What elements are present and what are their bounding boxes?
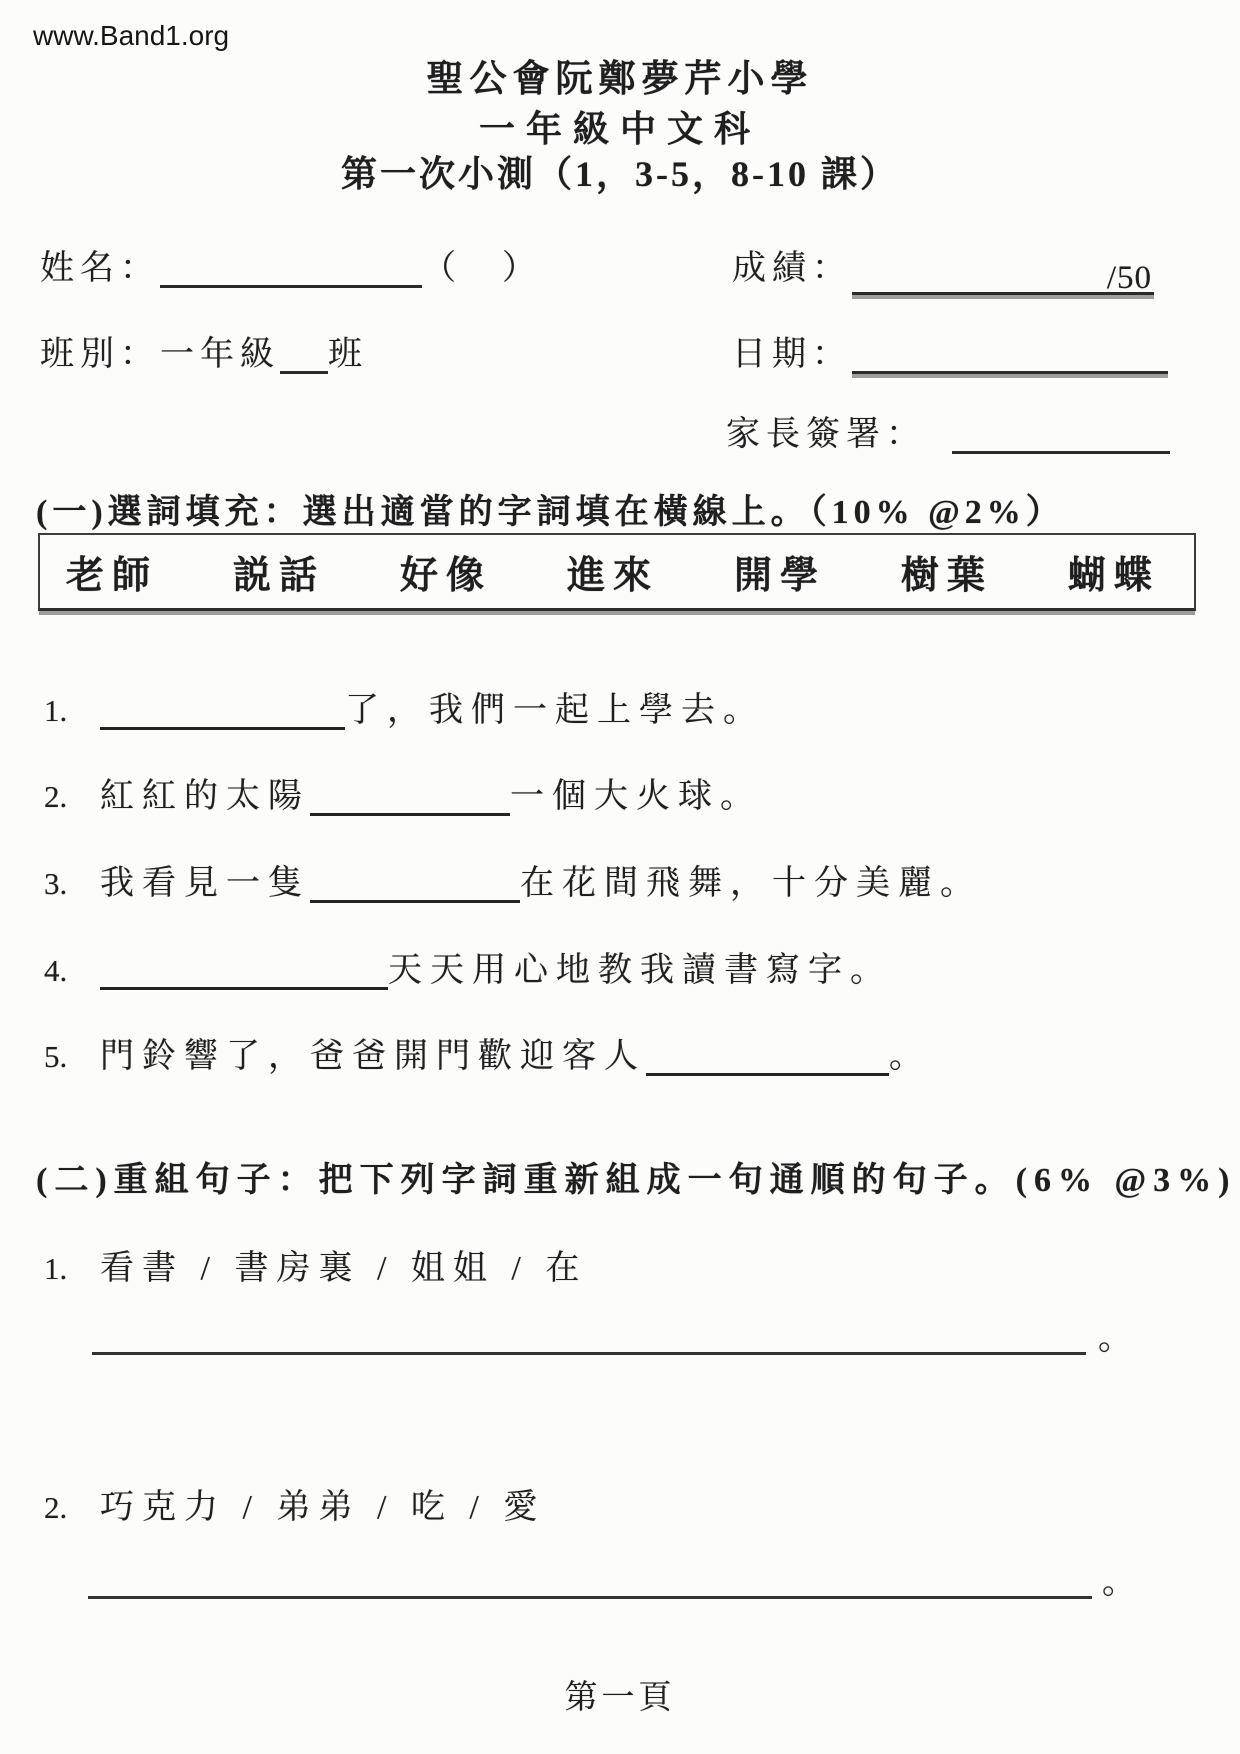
date-blank-line [852, 339, 1168, 374]
name-blank-line [160, 253, 422, 288]
rearrange-question-2: 2.巧克力 / 弟弟 / 吃 / 愛 [44, 1479, 545, 1528]
word-bank-item: 老師 [66, 544, 158, 599]
rearrange-question-1: 1.看書 / 書房裏 / 姐姐 / 在 [44, 1240, 587, 1289]
class-blank-line [280, 339, 328, 374]
question-text-post: 天天用心地教我讀書寫字。 [388, 952, 892, 989]
class-label: 班別：一年級 [40, 336, 280, 373]
question-text-pre: 紅紅的太陽 [100, 778, 310, 815]
question-number: 1. [44, 693, 100, 729]
question-number: 3. [44, 866, 100, 902]
question-1: 1.了，我們一起上學去。 [44, 682, 765, 731]
answer-period: 。 [1102, 1554, 1136, 1603]
rearrange-words: 巧克力 / 弟弟 / 吃 / 愛 [100, 1489, 545, 1526]
question-5: 5.門鈴響了，爸爸開門歡迎客人。 [44, 1028, 931, 1077]
word-bank-item: 説話 [233, 544, 325, 599]
word-bank-item: 好像 [400, 544, 492, 599]
question-number: 4. [44, 953, 100, 989]
parent-sign-row: 家長簽署： [726, 406, 1170, 455]
question-4: 4.天天用心地教我讀書寫字。 [44, 942, 892, 991]
word-bank-item: 開學 [734, 544, 826, 599]
word-bank-item: 進來 [567, 544, 659, 599]
question-number: 1. [44, 1251, 100, 1287]
school-name: 聖公會阮鄭夢芹小學 [0, 48, 1240, 102]
word-bank-item: 樹葉 [901, 544, 993, 599]
name-row: 姓名：（ ） [40, 240, 542, 289]
parent-sign-label: 家長簽署： [726, 416, 926, 453]
question-number: 2. [44, 1490, 100, 1526]
question-text-pre: 我看見一隻 [100, 865, 310, 902]
score-blank-line: /50 [852, 260, 1154, 295]
parent-sign-blank-line [952, 419, 1170, 454]
fill-blank-line [310, 785, 510, 816]
rearrange-words: 看書 / 書房裏 / 姐姐 / 在 [100, 1250, 587, 1287]
scanned-test-paper: www.Band1.org 聖公會阮鄭夢芹小學 一年級中文科 第一次小測（1，3… [0, 0, 1240, 1754]
class-suffix: 班 [328, 336, 368, 373]
name-label: 姓名： [40, 250, 160, 287]
word-bank-box: 老師 説話 好像 進來 開學 樹葉 蝴蝶 [38, 533, 1196, 611]
question-text-post: 。 [889, 1038, 931, 1075]
fill-blank-line [646, 1045, 889, 1076]
question-text-post: 了，我們一起上學去。 [345, 692, 765, 729]
date-row: 日期： [732, 326, 1168, 375]
question-3: 3.我看見一隻在花間飛舞，十分美麗。 [44, 855, 982, 904]
section2-heading: (二)重組句子：把下列字詞重新組成一句通順的句子。(6% @3%) [36, 1152, 1236, 1201]
question-text-post: 在花間飛舞，十分美麗。 [520, 865, 982, 902]
fill-blank-line [100, 699, 345, 730]
answer-period: 。 [1098, 1310, 1132, 1359]
name-paren: （ ） [422, 250, 542, 287]
fill-blank-line [100, 959, 388, 990]
question-number: 5. [44, 1039, 100, 1075]
answer-line [88, 1596, 1092, 1599]
score-label: 成績： [732, 250, 852, 287]
score-total: /50 [1107, 260, 1152, 296]
question-number: 2. [44, 779, 100, 815]
score-row: 成績：/50 [732, 240, 1154, 295]
date-label: 日期： [732, 336, 852, 373]
question-text-post: 一個大火球。 [510, 778, 762, 815]
page-number: 第一頁 [0, 1671, 1240, 1718]
test-title: 第一次小測（1，3-5，8-10 課） [0, 146, 1240, 197]
section1-heading: (一)選詞填充：選出適當的字詞填在橫線上。（10% @2%） [36, 484, 1065, 533]
question-text-pre: 門鈴響了，爸爸開門歡迎客人 [100, 1038, 646, 1075]
question-2: 2.紅紅的太陽一個大火球。 [44, 768, 762, 817]
answer-line [92, 1352, 1086, 1355]
word-bank-item: 蝴蝶 [1068, 544, 1160, 599]
subject-title: 一年級中文科 [0, 101, 1240, 152]
fill-blank-line [310, 872, 520, 903]
class-row: 班別：一年級班 [40, 326, 368, 375]
